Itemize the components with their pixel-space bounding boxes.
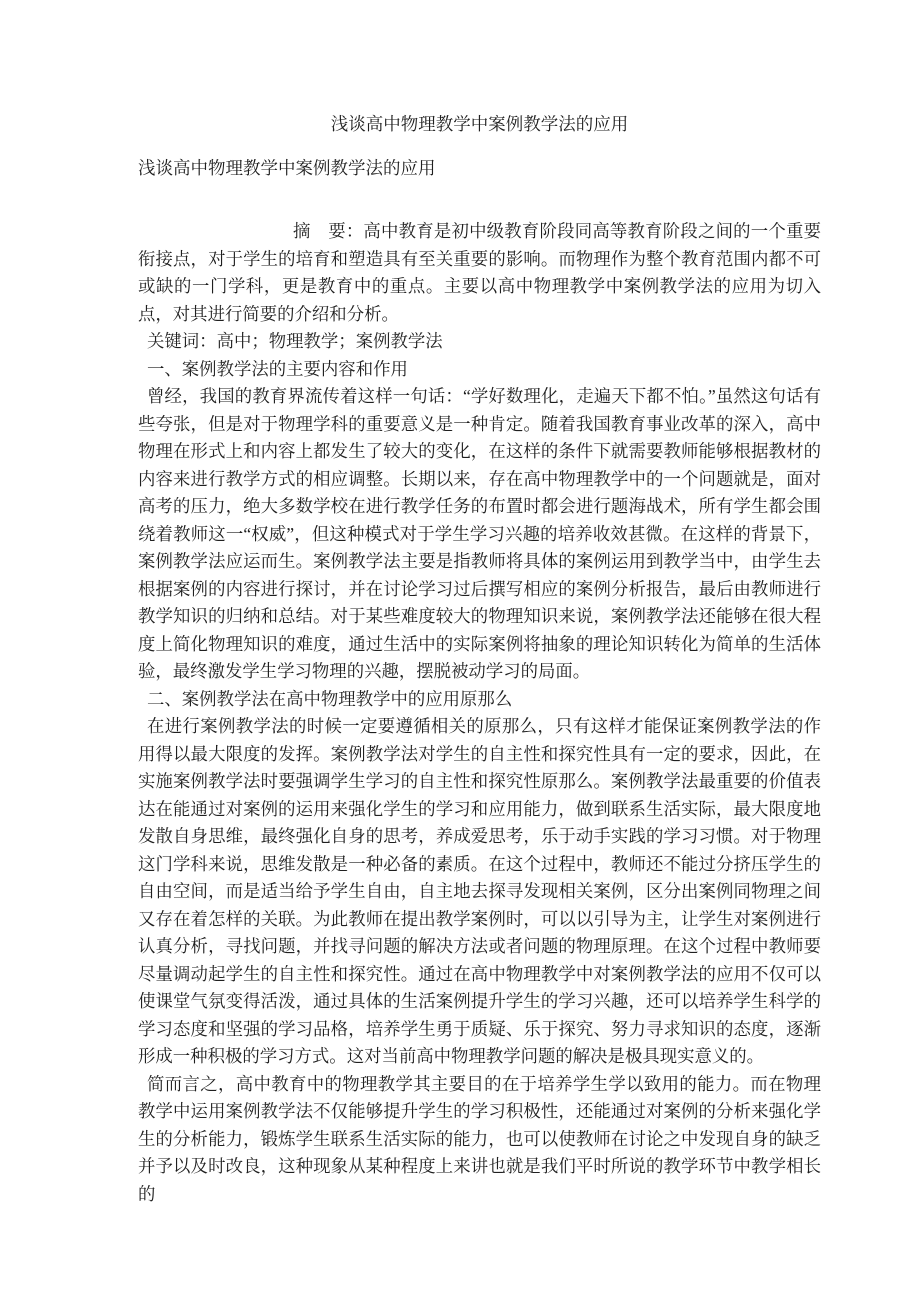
document-title-centered: 浅谈高中物理教学中案例教学法的应用	[138, 110, 821, 138]
section-heading-2: 二、案例教学法在高中物理教学中的应用原那么	[138, 686, 821, 714]
document-body: 摘 要：高中教育是初中级教育阶段同高等教育阶段之间的一个重要衔接点，对于学生的培…	[138, 218, 821, 1208]
keywords-line: 关键词：高中；物理教学；案例教学法	[138, 328, 821, 356]
document-page: 浅谈高中物理教学中案例教学法的应用 浅谈高中物理教学中案例教学法的应用 摘 要：…	[0, 0, 920, 1302]
section-heading-1: 一、案例教学法的主要内容和作用	[138, 356, 821, 384]
body-paragraph-1: 曾经，我国的教育界流传着这样一句话：“学好数理化，走遍天下都不怕。”虽然这句话有…	[138, 383, 821, 686]
document-title-left: 浅谈高中物理教学中案例教学法的应用	[138, 154, 821, 182]
body-paragraph-3: 简而言之，高中教育中的物理教学其主要目的在于培养学生学以致用的能力。而在物理教学…	[138, 1071, 821, 1209]
abstract-paragraph: 摘 要：高中教育是初中级教育阶段同高等教育阶段之间的一个重要衔接点，对于学生的培…	[138, 218, 821, 328]
body-paragraph-2: 在进行案例教学法的时候一定要遵循相关的原那么，只有这样才能保证案例教学法的作用得…	[138, 713, 821, 1071]
